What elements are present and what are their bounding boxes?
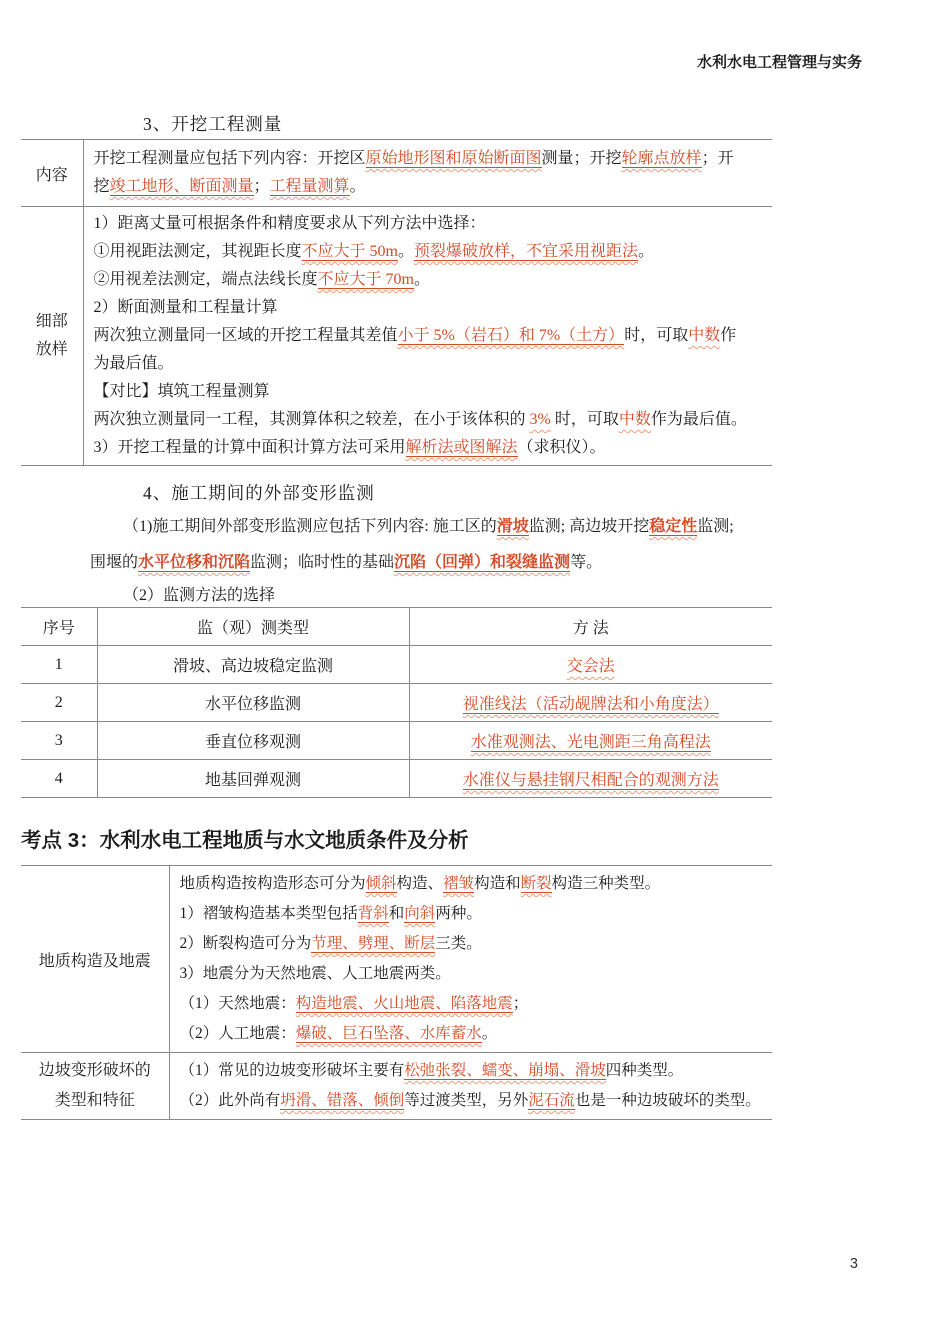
text-line: 2）断裂构造可分为节理、劈理、断层三类。 [180, 929, 767, 959]
text-line: ①用视距法测定，其视距长度不应大于 50m。预裂爆破放样，不宜采用视距法。 [94, 238, 765, 266]
text-segment: 也是一种边坡破坏的类型。 [575, 1092, 761, 1109]
text-segment: 。 [398, 243, 414, 260]
text-segment: 监测；临时性的基础 [250, 554, 394, 571]
index-cell: 2 [21, 684, 97, 722]
highlighted-text: 水平位移和沉陷 [138, 554, 250, 572]
text-segment: ①用视距法测定，其视距长度 [94, 243, 302, 260]
highlighted-text: 爆破、巨石坠落、水库蓄水 [296, 1025, 482, 1043]
row-label-slope-failure: 边坡变形破坏的类型和特征 [21, 1053, 169, 1120]
text-segment: （1）天然地震： [180, 995, 296, 1012]
text-segment: ②用视差法测定，端点法线长度 [94, 271, 318, 288]
text-segment: 。 [482, 1025, 498, 1042]
highlighted-text: 滑坡 [497, 518, 529, 536]
table-row: 3 垂直位移观测 水准观测法、光电测距三角高程法 [21, 722, 772, 760]
text-segment: 等过渡类型，另外 [404, 1092, 528, 1109]
text-line: 两次独立测量同一工程，其测算体积之较差，在小于该体积的 3% 时，可取中数作为最… [94, 406, 765, 434]
text-segment: 【对比】填筑工程量测算 [94, 383, 270, 400]
text-segment: 1）距离丈量可根据条件和精度要求从下列方法中选择： [94, 215, 486, 232]
text-segment: （2）此外尚有 [180, 1092, 281, 1109]
highlighted-text: 泥石流 [528, 1092, 575, 1110]
table-row: 边坡变形破坏的类型和特征 （1）常见的边坡变形破坏主要有松弛张裂、蠕变、崩塌、滑… [21, 1053, 772, 1120]
method-selection-subheading: （2）监测方法的选择 [123, 586, 950, 606]
column-header-method: 方 法 [409, 608, 772, 646]
row-label-content: 内容 [21, 140, 83, 207]
text-segment: 四种类型。 [606, 1062, 684, 1079]
method-cell: 交会法 [409, 646, 772, 684]
text-segment: 监测; 高边坡开挖 [529, 518, 649, 535]
text-line: 放样 [21, 336, 83, 364]
monitoring-method-table: 序号 监（观）测类型 方 法 1 滑坡、高边坡稳定监测 交会法 2 水平位移监测… [21, 607, 772, 798]
method-cell: 视准线法（活动觇牌法和小角度法） [409, 684, 772, 722]
text-segment: 监测; [697, 518, 733, 535]
text-segment: 两种。 [435, 905, 482, 922]
table-row: 细部放样 1）距离丈量可根据条件和精度要求从下列方法中选择：①用视距法测定，其视… [21, 207, 772, 466]
text-segment: 时，可取 [624, 327, 688, 344]
text-segment: 两次独立测量同一工程，其测算体积之较差，在小于该体积的 [94, 411, 530, 428]
section-heading-deformation-monitoring: 4、施工期间的外部变形监测 [143, 483, 950, 503]
text-segment: 三类。 [435, 935, 482, 952]
text-line: （2）人工地震：爆破、巨石坠落、水库蓄水。 [180, 1019, 767, 1049]
text-line: 挖竣工地形、断面测量；工程量测算。 [94, 173, 765, 201]
type-cell: 垂直位移观测 [97, 722, 409, 760]
text-segment: 。 [350, 178, 366, 195]
text-line: ②用视差法测定，端点法线长度不应大于 70m。 [94, 266, 765, 294]
table-header-row: 序号 监（观）测类型 方 法 [21, 608, 772, 646]
text-line: 细部 [21, 308, 83, 336]
text-line: 边坡变形破坏的 [21, 1056, 169, 1086]
index-cell: 1 [21, 646, 97, 684]
method-cell: 水准仪与悬挂钢尺相配合的观测方法 [409, 760, 772, 798]
highlighted-text: 小于 5%（岩石）和 7%（土方） [398, 327, 625, 345]
type-cell: 地基回弹观测 [97, 760, 409, 798]
highlighted-text: 预裂爆破放样，不宜采用视距法 [414, 243, 638, 261]
text-segment: ；开 [702, 150, 734, 167]
text-segment: 1）褶皱构造基本类型包括 [180, 905, 358, 922]
text-line: 3）开挖工程量的计算中面积计算方法可采用解析法或图解法（求积仪）。 [94, 434, 765, 462]
text-segment: 类型和特征 [55, 1092, 135, 1109]
keypoint-3-heading: 考点 3：水利水电工程地质与水文地质条件及分析 [21, 827, 950, 855]
geology-table: 地质构造及地震 地质构造按构造形态可分为倾斜构造、褶皱构造和断裂构造三种类型。1… [21, 865, 772, 1120]
column-header-type: 监（观）测类型 [97, 608, 409, 646]
text-segment: 作 [720, 327, 736, 344]
highlighted-text: 中数 [688, 327, 720, 344]
text-segment: ； [254, 178, 270, 195]
text-segment: 构造、 [397, 875, 444, 892]
highlighted-text: 坍滑、错落、倾倒 [280, 1092, 404, 1110]
highlighted-text: 轮廓点放样 [622, 150, 702, 168]
slope-failure-content-cell: （1）常见的边坡变形破坏主要有松弛张裂、蠕变、崩塌、滑坡四种类型。（2）此外尚有… [169, 1053, 772, 1120]
row-label-geology-earthquake: 地质构造及地震 [21, 866, 169, 1053]
text-line: 3）地震分为天然地震、人工地震两类。 [180, 959, 767, 989]
text-segment: （2）人工地震： [180, 1025, 296, 1042]
text-line: 水准观测法、光电测距三角高程法 [410, 729, 773, 752]
index-cell: 3 [21, 722, 97, 760]
index-cell: 4 [21, 760, 97, 798]
text-segment: （1）常见的边坡变形破坏主要有 [180, 1062, 405, 1079]
text-segment: 挖 [94, 178, 110, 195]
highlighted-text: 松弛张裂、蠕变、崩塌、滑坡 [404, 1062, 606, 1080]
highlighted-text: 交会法 [567, 658, 615, 675]
text-line: 为最后值。 [94, 350, 765, 378]
text-segment: 围堰的 [90, 554, 138, 571]
table-row: 地质构造及地震 地质构造按构造形态可分为倾斜构造、褶皱构造和断裂构造三种类型。1… [21, 866, 772, 1053]
highlighted-text: 竣工地形、断面测量 [110, 178, 254, 196]
text-segment: 两次独立测量同一区域的开挖工程量其差值 [94, 327, 398, 344]
text-segment: （求积仪）。 [518, 439, 606, 456]
highlighted-text: 倾斜 [366, 875, 397, 893]
text-line: 开挖工程测量应包括下列内容：开挖区原始地形图和原始断面图测量；开挖轮廓点放样；开 [94, 145, 765, 173]
text-segment: 构造三种类型。 [552, 875, 661, 892]
text-line: （1)施工期间外部变形监测应包括下列内容: 施工区的滑坡监测; 高边坡开挖稳定性… [90, 509, 862, 545]
text-segment: 3）地震分为天然地震、人工地震两类。 [180, 965, 451, 982]
text-line: （1）常见的边坡变形破坏主要有松弛张裂、蠕变、崩塌、滑坡四种类型。 [180, 1056, 767, 1086]
text-segment: 。 [414, 271, 430, 288]
highlighted-text: 褶皱 [443, 875, 474, 893]
detail-layout-cell: 1）距离丈量可根据条件和精度要求从下列方法中选择：①用视距法测定，其视距长度不应… [83, 207, 772, 466]
text-segment: 2）断面测量和工程量计算 [94, 299, 278, 316]
document-page: { "colors": { "highlight_red": "#d44a26"… [0, 0, 950, 1333]
table-row: 内容 开挖工程测量应包括下列内容：开挖区原始地形图和原始断面图测量；开挖轮廓点放… [21, 140, 772, 207]
geology-content-cell: 地质构造按构造形态可分为倾斜构造、褶皱构造和断裂构造三种类型。1）褶皱构造基本类… [169, 866, 772, 1053]
highlighted-text: 向斜 [404, 905, 435, 923]
highlighted-text: 解析法或图解法 [406, 439, 518, 457]
section-heading-excavation-survey: 3、开挖工程测量 [143, 114, 950, 134]
text-segment: 开挖工程测量应包括下列内容：开挖区 [94, 150, 366, 167]
text-segment: 作为最后值。 [651, 411, 747, 428]
text-segment: 边坡变形破坏的 [39, 1062, 151, 1079]
text-segment: 细部 [36, 313, 68, 330]
text-line: 交会法 [410, 653, 773, 676]
text-segment: 地质构造按构造形态可分为 [180, 875, 366, 892]
text-line: 类型和特征 [21, 1086, 169, 1116]
highlighted-text: 不应大于 70m [318, 271, 414, 289]
text-segment: 时，可取 [551, 411, 619, 428]
highlighted-text: 稳定性 [649, 518, 697, 536]
table-row: 2 水平位移监测 视准线法（活动觇牌法和小角度法） [21, 684, 772, 722]
text-segment: 2）断裂构造可分为 [180, 935, 312, 952]
highlighted-text: 水准仪与悬挂钢尺相配合的观测方法 [463, 772, 719, 790]
document-title: 水利水电工程管理与实务 [0, 54, 862, 72]
text-line: 2）断面测量和工程量计算 [94, 294, 765, 322]
text-segment: （1)施工期间外部变形监测应包括下列内容: 施工区的 [123, 518, 497, 535]
highlighted-text: 视准线法（活动觇牌法和小角度法） [463, 696, 719, 714]
highlighted-text: 断裂 [521, 875, 552, 893]
text-line: 1）褶皱构造基本类型包括背斜和向斜两种。 [180, 899, 767, 929]
table-row: 1 滑坡、高边坡稳定监测 交会法 [21, 646, 772, 684]
highlighted-text: 不应大于 50m [302, 243, 398, 261]
text-segment: 放样 [36, 341, 68, 358]
text-segment: ； [513, 995, 529, 1012]
text-line: 【对比】填筑工程量测算 [94, 378, 765, 406]
text-line: 围堰的水平位移和沉陷监测；临时性的基础沉陷（回弹）和裂缝监测等。 [90, 545, 862, 581]
text-line: 地质构造按构造形态可分为倾斜构造、褶皱构造和断裂构造三种类型。 [180, 869, 767, 899]
text-line: 两次独立测量同一区域的开挖工程量其差值小于 5%（岩石）和 7%（土方）时，可取… [94, 322, 765, 350]
text-segment: 测量；开挖 [542, 150, 622, 167]
text-line: 视准线法（活动觇牌法和小角度法） [410, 691, 773, 714]
type-cell: 水平位移监测 [97, 684, 409, 722]
type-cell: 滑坡、高边坡稳定监测 [97, 646, 409, 684]
highlighted-text: 中数 [619, 411, 651, 428]
page-number: 3 [850, 1256, 858, 1272]
monitoring-content-paragraph: （1)施工期间外部变形监测应包括下列内容: 施工区的滑坡监测; 高边坡开挖稳定性… [90, 509, 862, 581]
text-segment: 3）开挖工程量的计算中面积计算方法可采用 [94, 439, 406, 456]
highlighted-text: 水准观测法、光电测距三角高程法 [471, 734, 711, 752]
content-cell: 开挖工程测量应包括下列内容：开挖区原始地形图和原始断面图测量；开挖轮廓点放样；开… [83, 140, 772, 207]
text-line: 水准仪与悬挂钢尺相配合的观测方法 [410, 767, 773, 790]
text-line: （1）天然地震：构造地震、火山地震、陷落地震； [180, 989, 767, 1019]
table-row: 4 地基回弹观测 水准仪与悬挂钢尺相配合的观测方法 [21, 760, 772, 798]
text-segment: 和 [389, 905, 405, 922]
highlighted-text: 工程量测算 [270, 178, 350, 196]
excavation-survey-table: 内容 开挖工程测量应包括下列内容：开挖区原始地形图和原始断面图测量；开挖轮廓点放… [21, 139, 772, 466]
method-cell: 水准观测法、光电测距三角高程法 [409, 722, 772, 760]
text-segment: 为最后值。 [94, 355, 174, 372]
highlighted-text: 构造地震、火山地震、陷落地震 [296, 995, 513, 1013]
text-line: 1）距离丈量可根据条件和精度要求从下列方法中选择： [94, 210, 765, 238]
row-label-detail-layout: 细部放样 [21, 207, 83, 466]
highlighted-text: 节理、劈理、断层 [311, 935, 435, 953]
text-line: （2）此外尚有坍滑、错落、倾倒等过渡类型，另外泥石流也是一种边坡破坏的类型。 [180, 1086, 767, 1116]
highlighted-text: 背斜 [358, 905, 389, 923]
text-segment: 等。 [570, 554, 602, 571]
column-header-index: 序号 [21, 608, 97, 646]
text-segment: 构造和 [474, 875, 521, 892]
text-segment: 。 [638, 243, 654, 260]
highlighted-text: 原始地形图和原始断面图 [366, 150, 542, 168]
highlighted-text: 沉陷（回弹）和裂缝监测 [394, 554, 570, 572]
highlighted-text: 3% [530, 411, 551, 428]
